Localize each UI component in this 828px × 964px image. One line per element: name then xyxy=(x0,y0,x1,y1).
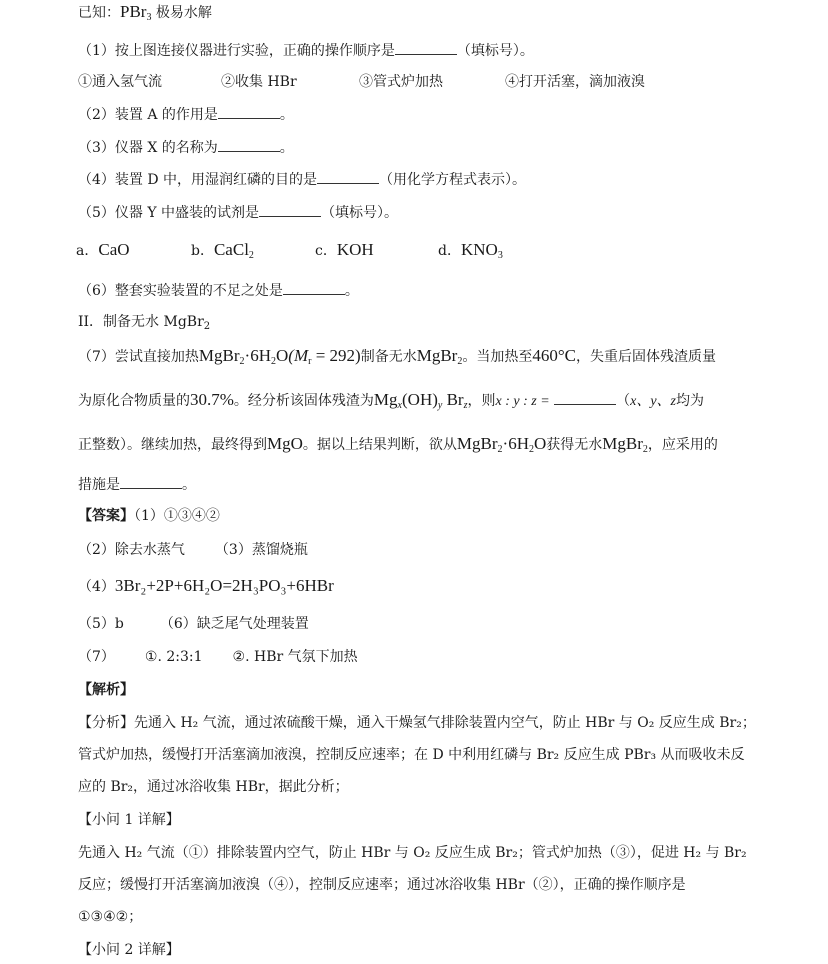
question-2-tail: 。 xyxy=(280,107,294,123)
answer-blank xyxy=(283,280,345,295)
known-prefix: 已知： xyxy=(78,5,120,21)
question-3-text: （3）仪器 X 的名称为 xyxy=(78,140,218,156)
question-3-tail: 。 xyxy=(280,140,294,156)
option-2: ②收集 HBr xyxy=(221,72,297,92)
question-4: （4）装置 D 中，用湿润红磷的目的是（用化学方程式表示）。 xyxy=(78,169,526,190)
question-6-tail: 。 xyxy=(345,283,359,299)
question-7-line-4: 措施是。 xyxy=(78,474,196,495)
question-2: （2）装置 A 的作用是。 xyxy=(78,104,294,125)
analysis-paragraph-3: 应的 Br₂，通过冰浴收集 HBr，据此分析； xyxy=(78,777,349,797)
question-5-choices: a．CaO b．CaCl2 c．KOH d．KNO3 xyxy=(78,240,778,262)
question-1-text: （1）按上图连接仪器进行实验，正确的操作顺序是 xyxy=(78,43,395,59)
answer-blank xyxy=(317,169,379,184)
choice-b: b．CaCl2 xyxy=(191,240,254,261)
answer-blank xyxy=(218,137,280,152)
answer-2: （2）除去水蒸气 xyxy=(78,542,185,558)
equation: 3Br₂+2P+6H₂O=2H₃PO₃+6HBr xyxy=(115,576,334,595)
question-1-tail: （填标号）。 xyxy=(457,43,534,59)
question-3: （3）仪器 X 的名称为。 xyxy=(78,137,294,158)
answer-7-part-2: ②. HBr 气氛下加热 xyxy=(233,649,358,665)
subquestion-1-line-1: 先通入 H₂ 气流（①）排除装置内空气，防止 HBr 与 O₂ 反应生成 Br₂… xyxy=(78,843,747,863)
question-6: （6）整套实验装置的不足之处是。 xyxy=(78,280,359,301)
answer-blank xyxy=(218,104,280,119)
subquestion-1-heading: 【小问 1 详解】 xyxy=(78,810,180,830)
option-1: ①通入氢气流 xyxy=(78,72,162,92)
option-3: ③管式炉加热 xyxy=(359,72,443,92)
question-7-line-3: 正整数）。继续加热，最终得到MgO。据以上结果判断，欲从MgBr2·6H2O获得… xyxy=(78,434,718,455)
answer-7-part-1: ①. 2:3:1 xyxy=(145,649,203,665)
answer-6: （6）缺乏尾气处理装置 xyxy=(160,616,309,632)
question-7-line-2: 为原化合物质量的30.7%。经分析该固体残渣为Mgx(OH)y Brz，则x :… xyxy=(78,390,704,412)
analysis-heading: 【解析】 xyxy=(78,680,134,700)
answer-heading: 【答案】（1）①③④② xyxy=(78,506,220,526)
question-7-line-1: （7）尝试直接加热MgBr2·6H2O(Mr = 292)制备无水MgBr2。当… xyxy=(78,346,716,367)
known-suffix: 极易水解 xyxy=(151,5,211,21)
answer-blank xyxy=(259,202,321,217)
question-5: （5）仪器 Y 中盛装的试剂是（填标号）。 xyxy=(78,202,398,223)
choice-c: c．KOH xyxy=(315,240,374,261)
answer-title: 【答案】 xyxy=(78,508,134,524)
answer-blank xyxy=(554,390,616,405)
question-6-text: （6）整套实验装置的不足之处是 xyxy=(78,283,283,299)
answer-7: （7）①. 2:3:1②. HBr 气氛下加热 xyxy=(78,647,358,667)
choice-d: d．KNO3 xyxy=(438,240,503,261)
question-5-tail: （填标号）。 xyxy=(321,205,398,221)
section-2-heading: II．制备无水 MgBr2 xyxy=(78,312,210,332)
question-2-text: （2）装置 A 的作用是 xyxy=(78,107,218,123)
answer-2-3: （2）除去水蒸气（3）蒸馏烧瓶 xyxy=(78,540,308,560)
subquestion-2-heading: 【小问 2 详解】 xyxy=(78,940,180,960)
question-1: （1）按上图连接仪器进行实验，正确的操作顺序是（填标号）。 xyxy=(78,40,534,61)
choice-a: a．CaO xyxy=(76,240,130,261)
answer-5: （5）b xyxy=(78,616,124,632)
question-1-options: ①通入氢气流 ②收集 HBr ③管式炉加热 ④打开活塞，滴加液溴 xyxy=(78,72,778,92)
analysis-paragraph-2: 管式炉加热，缓慢打开活塞滴加液溴，控制反应速率；在 D 中利用红磷与 Br₂ 反… xyxy=(78,745,745,765)
option-4: ④打开活塞，滴加液溴 xyxy=(505,72,645,92)
subquestion-1-line-3: ①③④②； xyxy=(78,907,142,927)
question-5-text: （5）仪器 Y 中盛装的试剂是 xyxy=(78,205,259,221)
answer-5-6: （5）b（6）缺乏尾气处理装置 xyxy=(78,614,309,634)
subquestion-1-line-2: 反应；缓慢打开活塞滴加液溴（④），控制反应速率；通过冰浴收集 HBr（②），正确… xyxy=(78,875,686,895)
analysis-paragraph-1: 【分析】先通入 H₂ 气流，通过浓硫酸干燥，通入干燥氢气排除装置内空气，防止 H… xyxy=(78,713,756,733)
answer-1: （1）①③④② xyxy=(134,508,220,524)
answer-4: （4）3Br₂+2P+6H₂O=2H₃PO₃+6HBr xyxy=(78,576,334,597)
pbr3-formula: PBr3 xyxy=(120,2,151,21)
answer-blank xyxy=(120,474,182,489)
known-fact: 已知：PBr3 极易水解 xyxy=(78,2,212,23)
question-4-tail: （用化学方程式表示）。 xyxy=(379,172,526,188)
answer-3: （3）蒸馏烧瓶 xyxy=(215,542,308,558)
question-4-text: （4）装置 D 中，用湿润红磷的目的是 xyxy=(78,172,317,188)
answer-blank xyxy=(395,40,457,55)
